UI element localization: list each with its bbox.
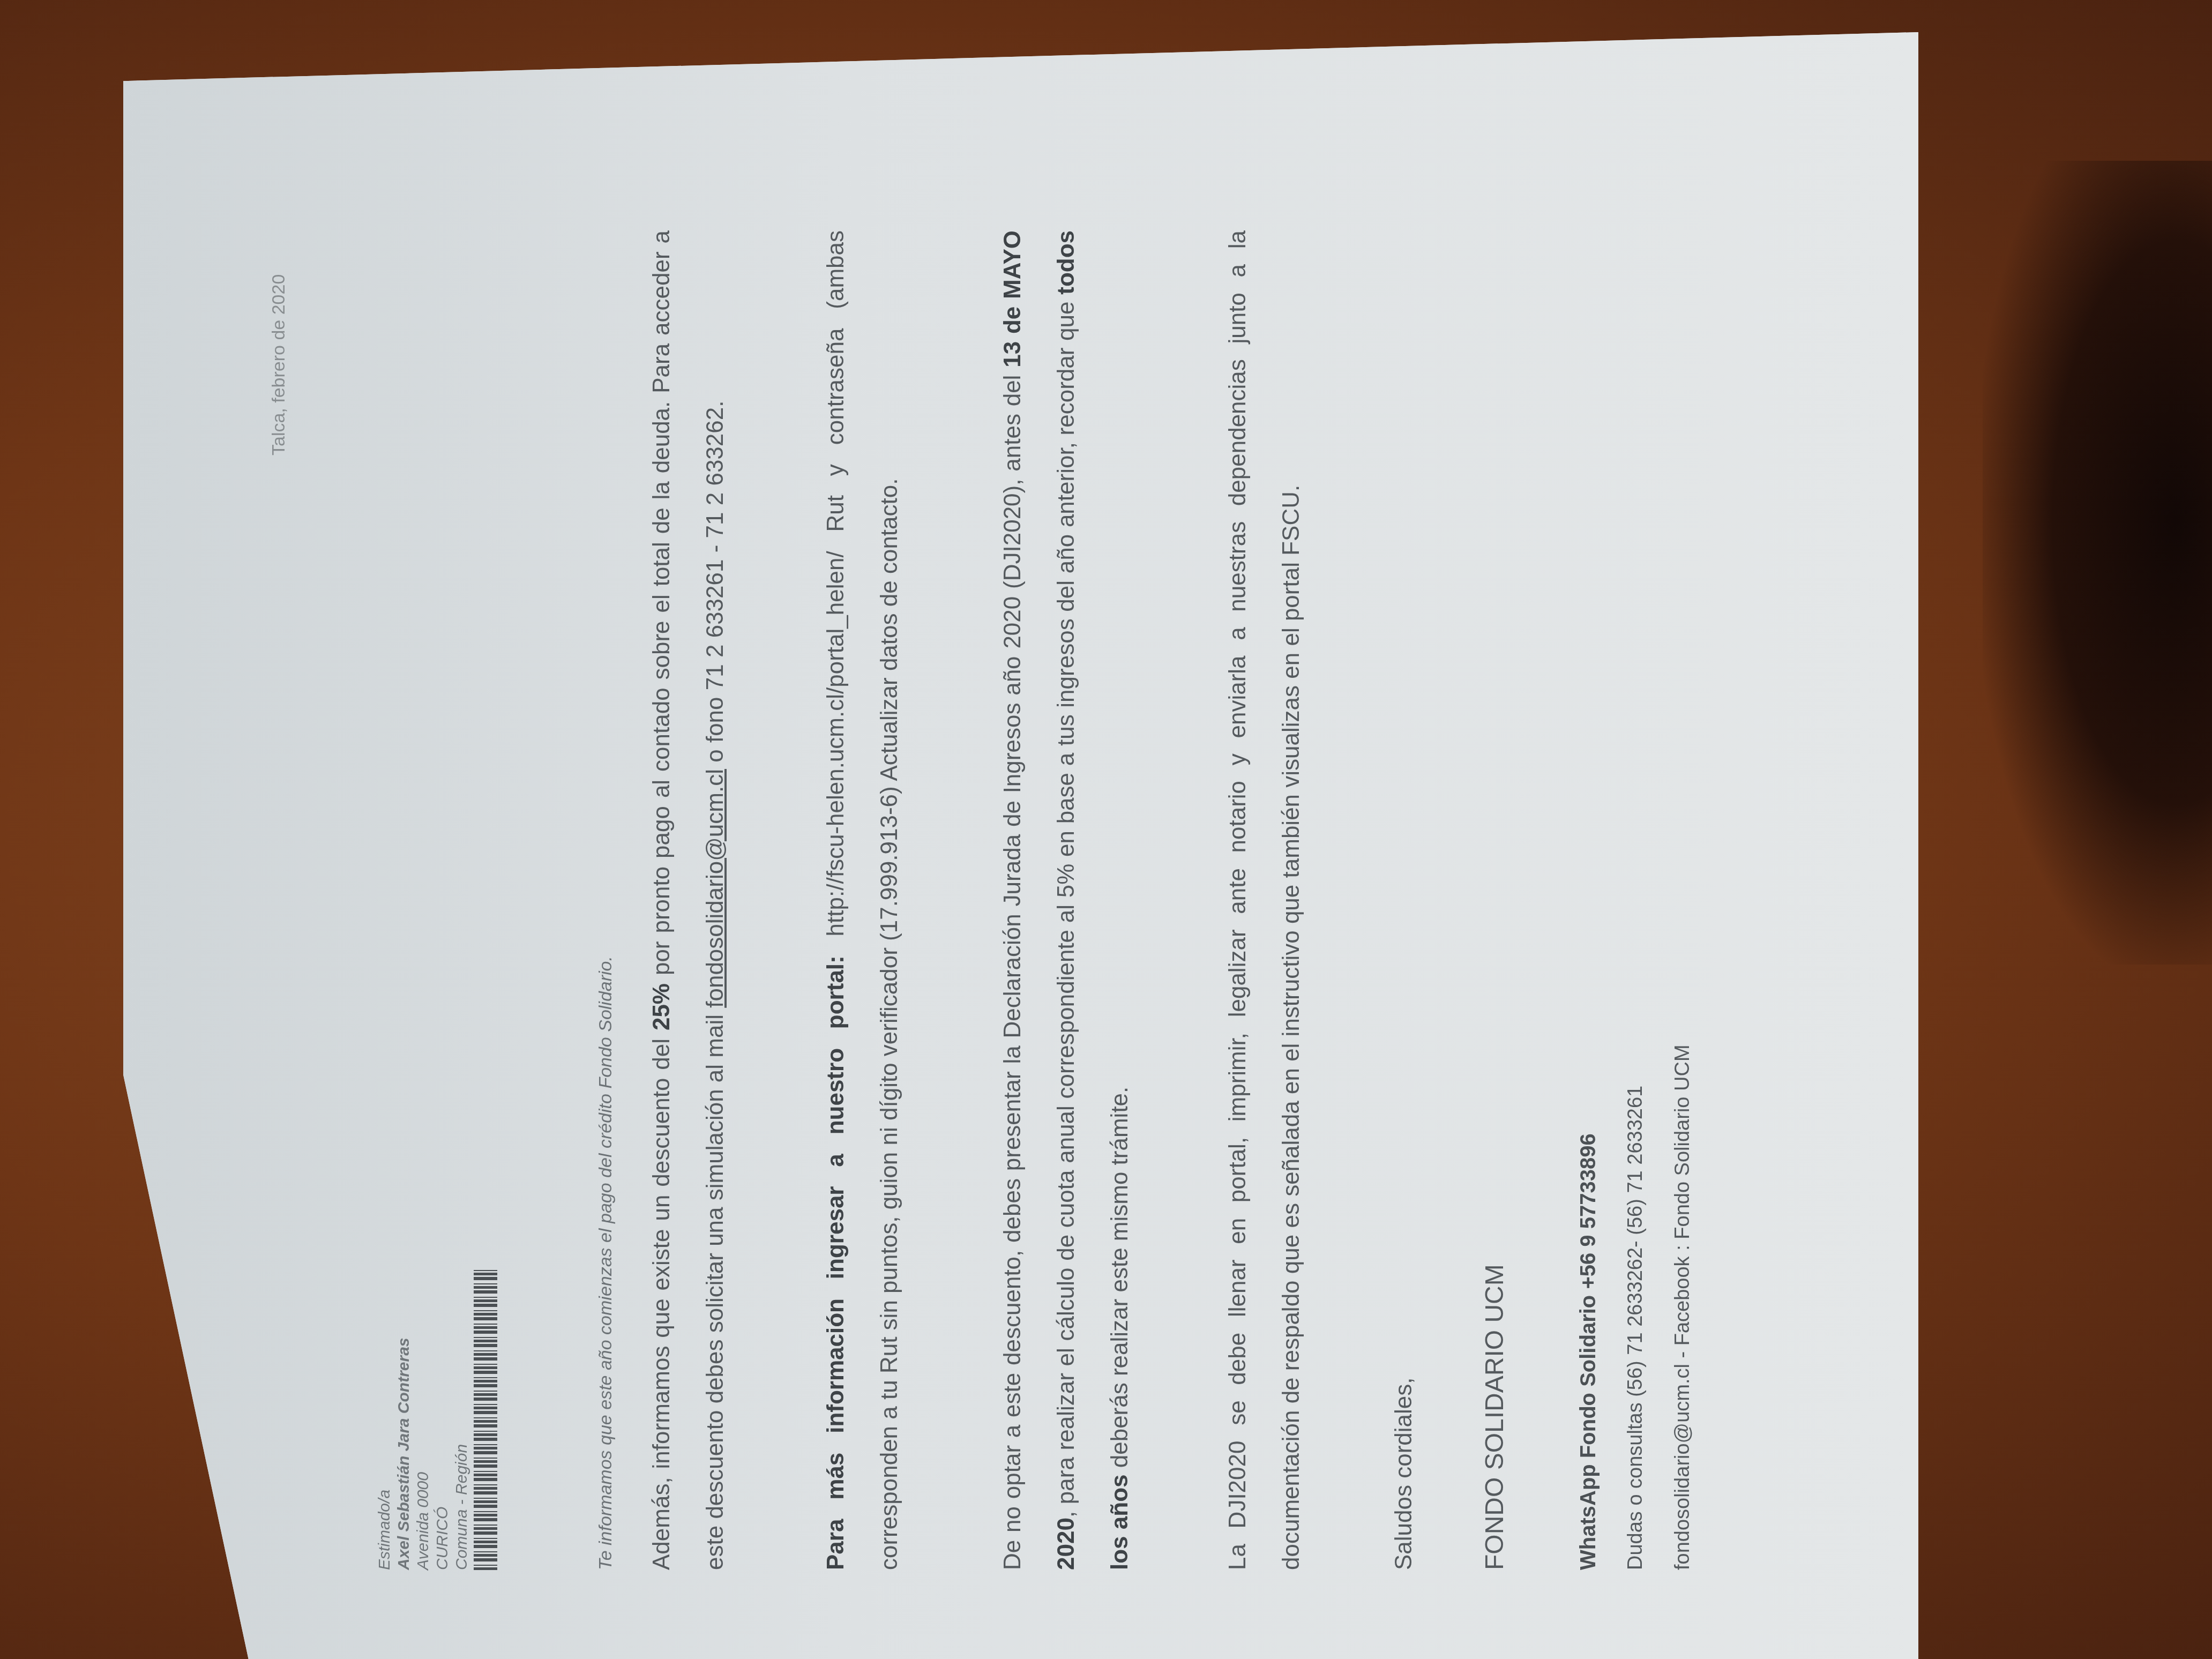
letter-date: Talca, febrero de 2020	[252, 274, 305, 455]
greeting: Saludos cordiales,	[1377, 1377, 1431, 1570]
address-line: Avenida 0000	[414, 1270, 433, 1570]
contact-block: WhatsApp Fondo Solidario +56 9 57733896 …	[1565, 1044, 1706, 1570]
barcode-icon	[474, 1270, 497, 1570]
discount-percent: 25%	[648, 983, 675, 1030]
phone-contact: Dudas o consultas (56) 71 2633262- (56) …	[1612, 1044, 1659, 1570]
discount-paragraph: Además, informamos que existe un descuen…	[635, 230, 742, 1570]
intro-paragraph: Te informamos que este año comienzas el …	[579, 230, 632, 1570]
address-line: CURICÓ	[433, 1270, 452, 1570]
letter-content: Talca, febrero de 2020 Estimado/a Axel S…	[150, 107, 1811, 1659]
table-shadow	[1983, 161, 2212, 965]
instructions-paragraph: La DJI2020 se debe llenar en portal, imp…	[1211, 230, 1318, 1570]
address-line: Comuna - Región	[452, 1270, 472, 1570]
salutation: Estimado/a	[375, 1270, 394, 1570]
signature: FONDO SOLIDARIO UCM	[1468, 1264, 1522, 1570]
declaration-paragraph: De no optar a este descuento, debes pres…	[986, 230, 1147, 1570]
recipient-name: Axel Sebastián Jara Contreras	[394, 1270, 414, 1570]
social-contact: fondosolidario@ucm.cl - Facebook : Fondo…	[1659, 1044, 1706, 1570]
portal-paragraph: Para más información ingresar a nuestro …	[809, 230, 916, 1570]
whatsapp-contact: WhatsApp Fondo Solidario +56 9 57733896	[1565, 1044, 1612, 1570]
email-link[interactable]: fondosolidario@ucm.cl	[702, 769, 728, 1008]
portal-url[interactable]: http://fscu-helen.ucm.cl/portal_helen/	[823, 551, 849, 955]
letter-paper: Talca, febrero de 2020 Estimado/a Axel S…	[123, 32, 1918, 1659]
address-block: Estimado/a Axel Sebastián Jara Contreras…	[375, 1270, 497, 1570]
